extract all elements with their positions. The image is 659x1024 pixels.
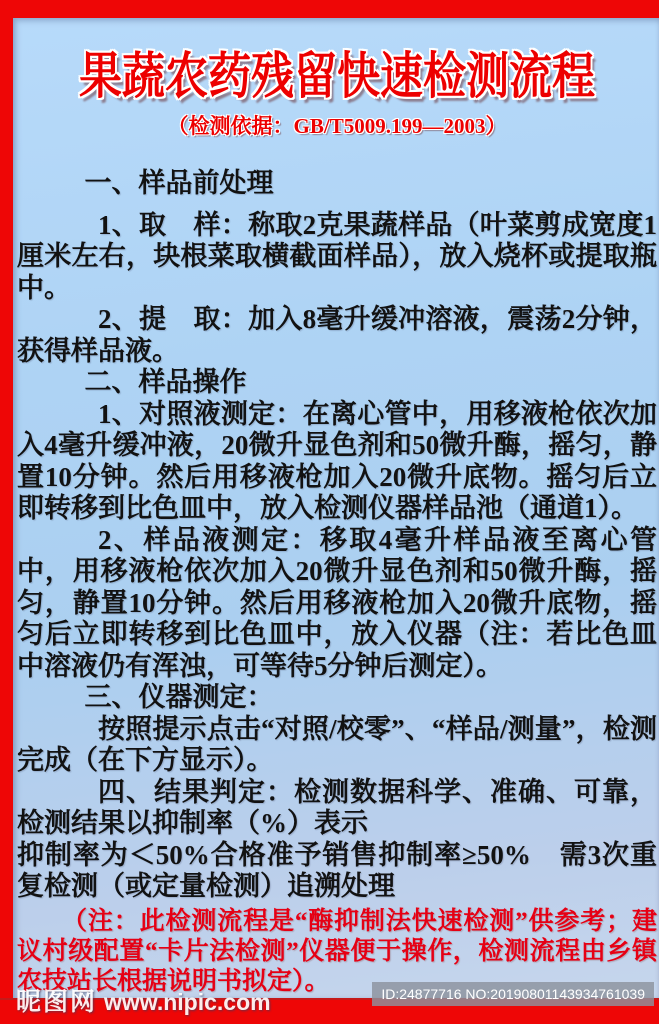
- watermark-logo: 昵图网: [16, 982, 97, 1018]
- section-heading-4-result: 四、结果判定：检测数据科学、准确、可靠，检测结果以抑制率（%）表示: [17, 777, 657, 840]
- watermark: 昵图网 www.nipic.com: [16, 982, 271, 1018]
- paper-background: 果蔬农药残留快速检测流程 （检测依据：GB/T5009.199—2003） 一、…: [13, 18, 659, 1000]
- step-control-test: 1、对照液测定：在离心管中，用移液枪依次加入4毫升缓冲液，20微升显色剂和50微…: [17, 399, 657, 525]
- section-heading-2: 二、样品操作: [17, 367, 657, 399]
- step-sampling: 1、取 样：称取2克果蔬样品（叶菜剪成宽度1厘米左右，块根菜取横截面样品），放入…: [17, 210, 657, 305]
- section-heading-1: 一、样品前处理: [17, 168, 657, 200]
- step-instrument: 按照提示点击“对照/校零”、“样品/测量”，检测完成（在下方显示）。: [17, 714, 657, 777]
- step-extraction: 2、提 取：加入8毫升缓冲溶液，震荡2分钟，获得样品液。: [17, 304, 657, 367]
- content-paragraphs: 一、样品前处理1、取 样：称取2克果蔬样品（叶菜剪成宽度1厘米左右，块根菜取横截…: [17, 168, 657, 997]
- poster-frame: 果蔬农药残留快速检测流程 （检测依据：GB/T5009.199—2003） 一、…: [0, 0, 659, 1024]
- watermark-url: www.nipic.com: [104, 989, 271, 1016]
- page-title: 果蔬农药残留快速检测流程: [62, 48, 612, 104]
- step-sample-test: 2、样品液测定：移取4毫升样品液至离心管中，用移液枪依次加入20微升显色剂和50…: [17, 525, 657, 683]
- section-heading-3: 三、仪器测定：: [17, 682, 657, 714]
- result-criteria: 抑制率为＜50%合格准予销售抑制率≥50% 需3次重复检测（或定量检测）追溯处理: [17, 840, 657, 903]
- image-id-badge: ID:24877716 NO:20190801143934761039: [372, 982, 654, 1006]
- page-subtitle: （检测依据：GB/T5009.199—2003）: [17, 112, 657, 140]
